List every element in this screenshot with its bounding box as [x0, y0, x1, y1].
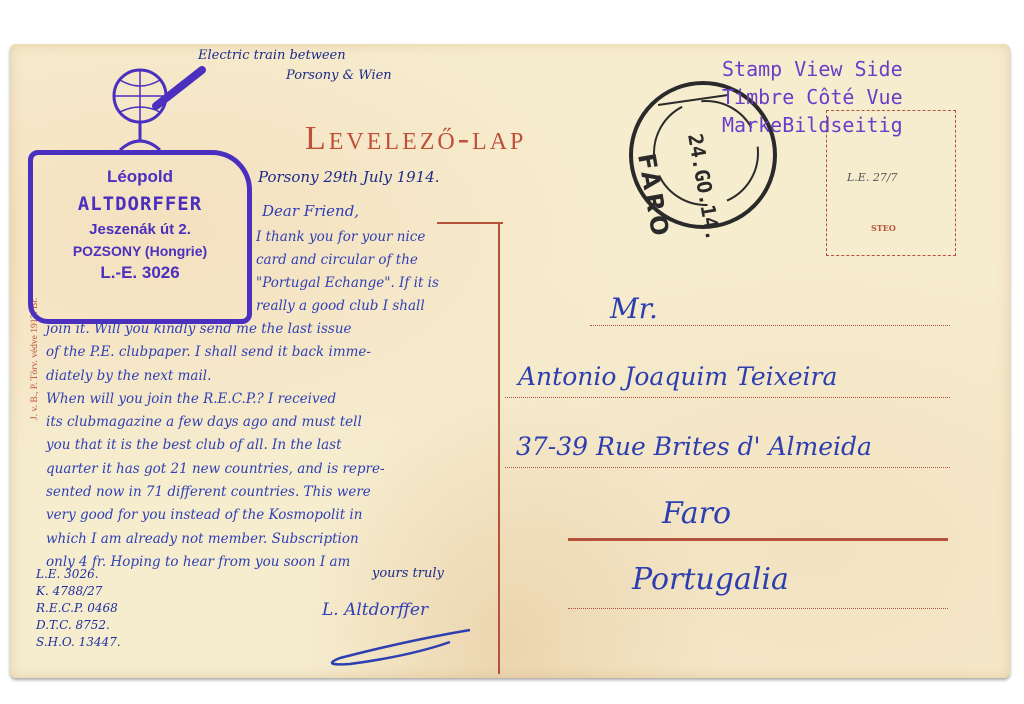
signature: L. Altdorffer — [322, 600, 428, 620]
typed-line: Stamp View Side — [722, 55, 903, 83]
address-street: 37-39 Rue Brites d' Almeida — [516, 432, 872, 461]
typed-stamp: Stamp View Side Timbre Côté Vue MarkeBil… — [722, 55, 903, 139]
member-code: D.T.C. 8752. — [36, 617, 121, 634]
letter-line: which I am already not member. Subscript… — [46, 528, 496, 551]
address-salutation: Mr. — [610, 292, 658, 325]
member-codes: L.E. 3026. K. 4788/27 R.E.C.P. 0468 D.T.… — [36, 566, 121, 651]
greeting: Dear Friend, — [262, 202, 359, 220]
sender-street: Jeszenák út 2. — [33, 221, 247, 238]
letter-line: its clubmagazine a few days ago and must… — [46, 411, 496, 434]
address-line-1 — [590, 325, 950, 326]
letter-line: you that it is the best club of all. In … — [46, 434, 496, 457]
typed-line: MarkeBildseitig — [722, 111, 903, 139]
printed-title: Levelező-lap — [305, 120, 526, 158]
address-line-2 — [505, 397, 950, 398]
closing: yours truly — [372, 566, 444, 581]
member-code: K. 4788/27 — [36, 583, 121, 600]
letter-body-lower: join it. Will you kindly send me the las… — [46, 318, 496, 574]
top-note-line: Electric train between — [198, 46, 392, 66]
letter-line: sented now in 71 different countries. Th… — [46, 481, 496, 504]
address-line-5 — [568, 608, 948, 609]
top-note-line: Porsony & Wien — [198, 66, 392, 86]
letter-line: very good for you instead of the Kosmopo… — [46, 504, 496, 527]
letter-body-upper: I thank you for your nice card and circu… — [256, 226, 439, 318]
sender-city: POZSONY (Hongrie) — [33, 243, 247, 259]
letter-line: I thank you for your nice — [256, 226, 439, 249]
signature-flourish-icon — [320, 620, 480, 670]
place-date: Porsony 29th July 1914. — [258, 168, 440, 186]
stamp-box-label: STEO — [871, 223, 896, 233]
address-line-4 — [568, 538, 948, 541]
address-country: Portugalia — [632, 562, 789, 597]
divider-vertical — [498, 222, 500, 674]
address-line-3 — [505, 467, 950, 468]
letter-line: of the P.E. clubpaper. I shall send it b… — [46, 341, 496, 364]
sender-first-name: Léopold — [33, 167, 247, 187]
divider-horizontal — [437, 222, 503, 224]
globe-quill-logo-icon — [90, 62, 210, 154]
top-note: Electric train between Porsony & Wien — [198, 46, 392, 86]
letter-line: quarter it has got 21 new countries, and… — [46, 458, 496, 481]
member-code: L.E. 3026. — [36, 566, 121, 583]
address-city: Faro — [662, 496, 731, 531]
letter-line: When will you join the R.E.C.P.? I recei… — [46, 388, 496, 411]
sender-stamp: Léopold ALTDORFFER Jeszenák út 2. POZSON… — [28, 150, 252, 324]
svg-text:FARO: FARO — [632, 151, 675, 242]
letter-line: card and circular of the — [256, 249, 439, 272]
stamp-box-note: L.E. 27/7 — [847, 171, 898, 184]
letter-line: join it. Will you kindly send me the las… — [46, 318, 496, 341]
sender-last-name: ALTDORFFER — [33, 193, 247, 215]
member-code: S.H.O. 13447. — [36, 634, 121, 651]
letter-line: really a good club I shall — [256, 295, 439, 318]
address-name: Antonio Joaquim Teixeira — [518, 362, 837, 391]
member-code: R.E.C.P. 0468 — [36, 600, 121, 617]
sender-member-code: L.-E. 3026 — [33, 263, 247, 283]
letter-line: "Portugal Echange". If it is — [256, 272, 439, 295]
letter-line: diately by the next mail. — [46, 365, 496, 388]
typed-line: Timbre Côté Vue — [722, 83, 903, 111]
